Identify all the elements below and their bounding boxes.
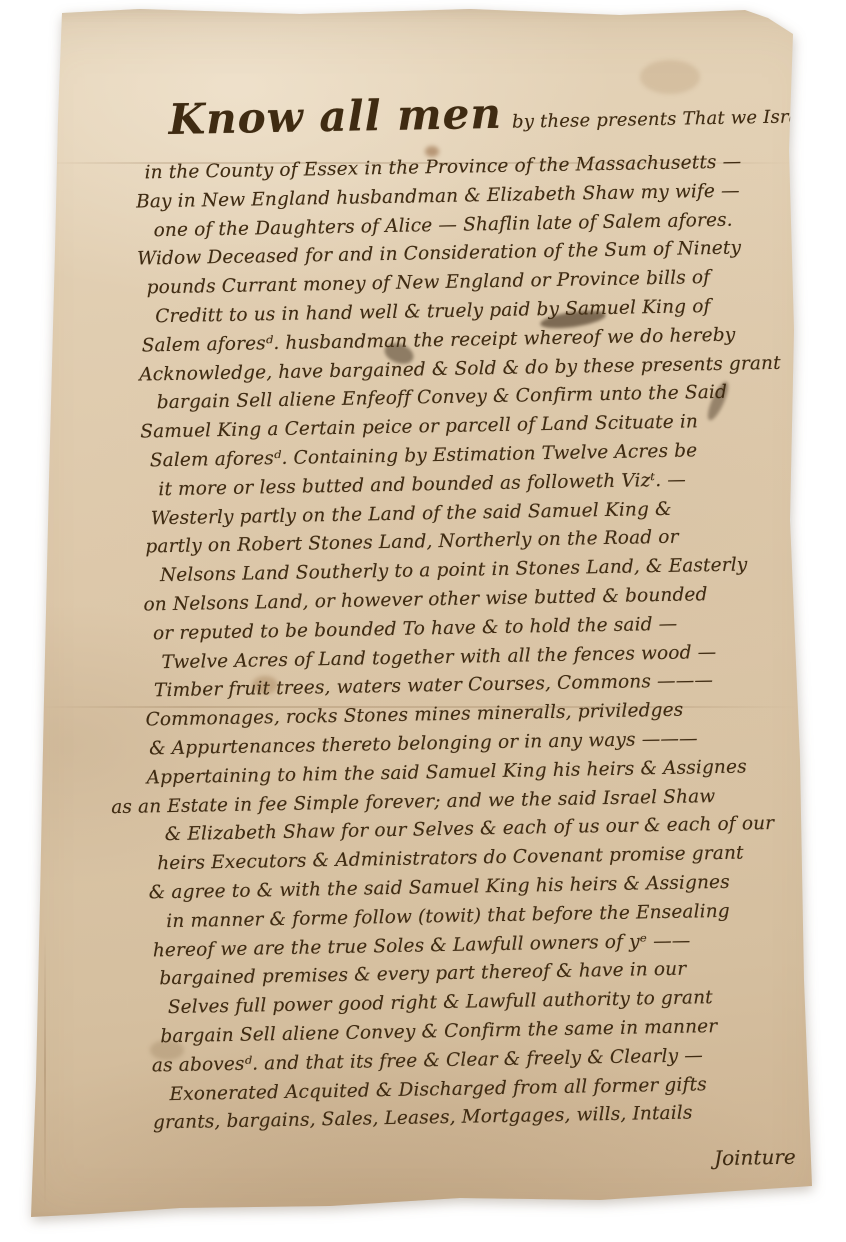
catchword: Jointure [154,1145,796,1181]
fold-crease-vertical [44,930,46,1210]
opening-line-rest: by these presents That we Israel Shaw of… [511,86,846,150]
paper-sheet: Know all men by these presents That we I… [0,0,846,1242]
deed-text: Know all men by these presents That we I… [134,80,840,1180]
body-lines: in the County of Essex in the Province o… [135,147,839,1139]
opening-line: Know all men by these presents That we I… [168,80,821,157]
opening-words: Know all men [168,86,502,148]
scan-background: Know all men by these presents That we I… [0,0,846,1242]
manuscript-page: Know all men by these presents That we I… [0,0,846,1242]
